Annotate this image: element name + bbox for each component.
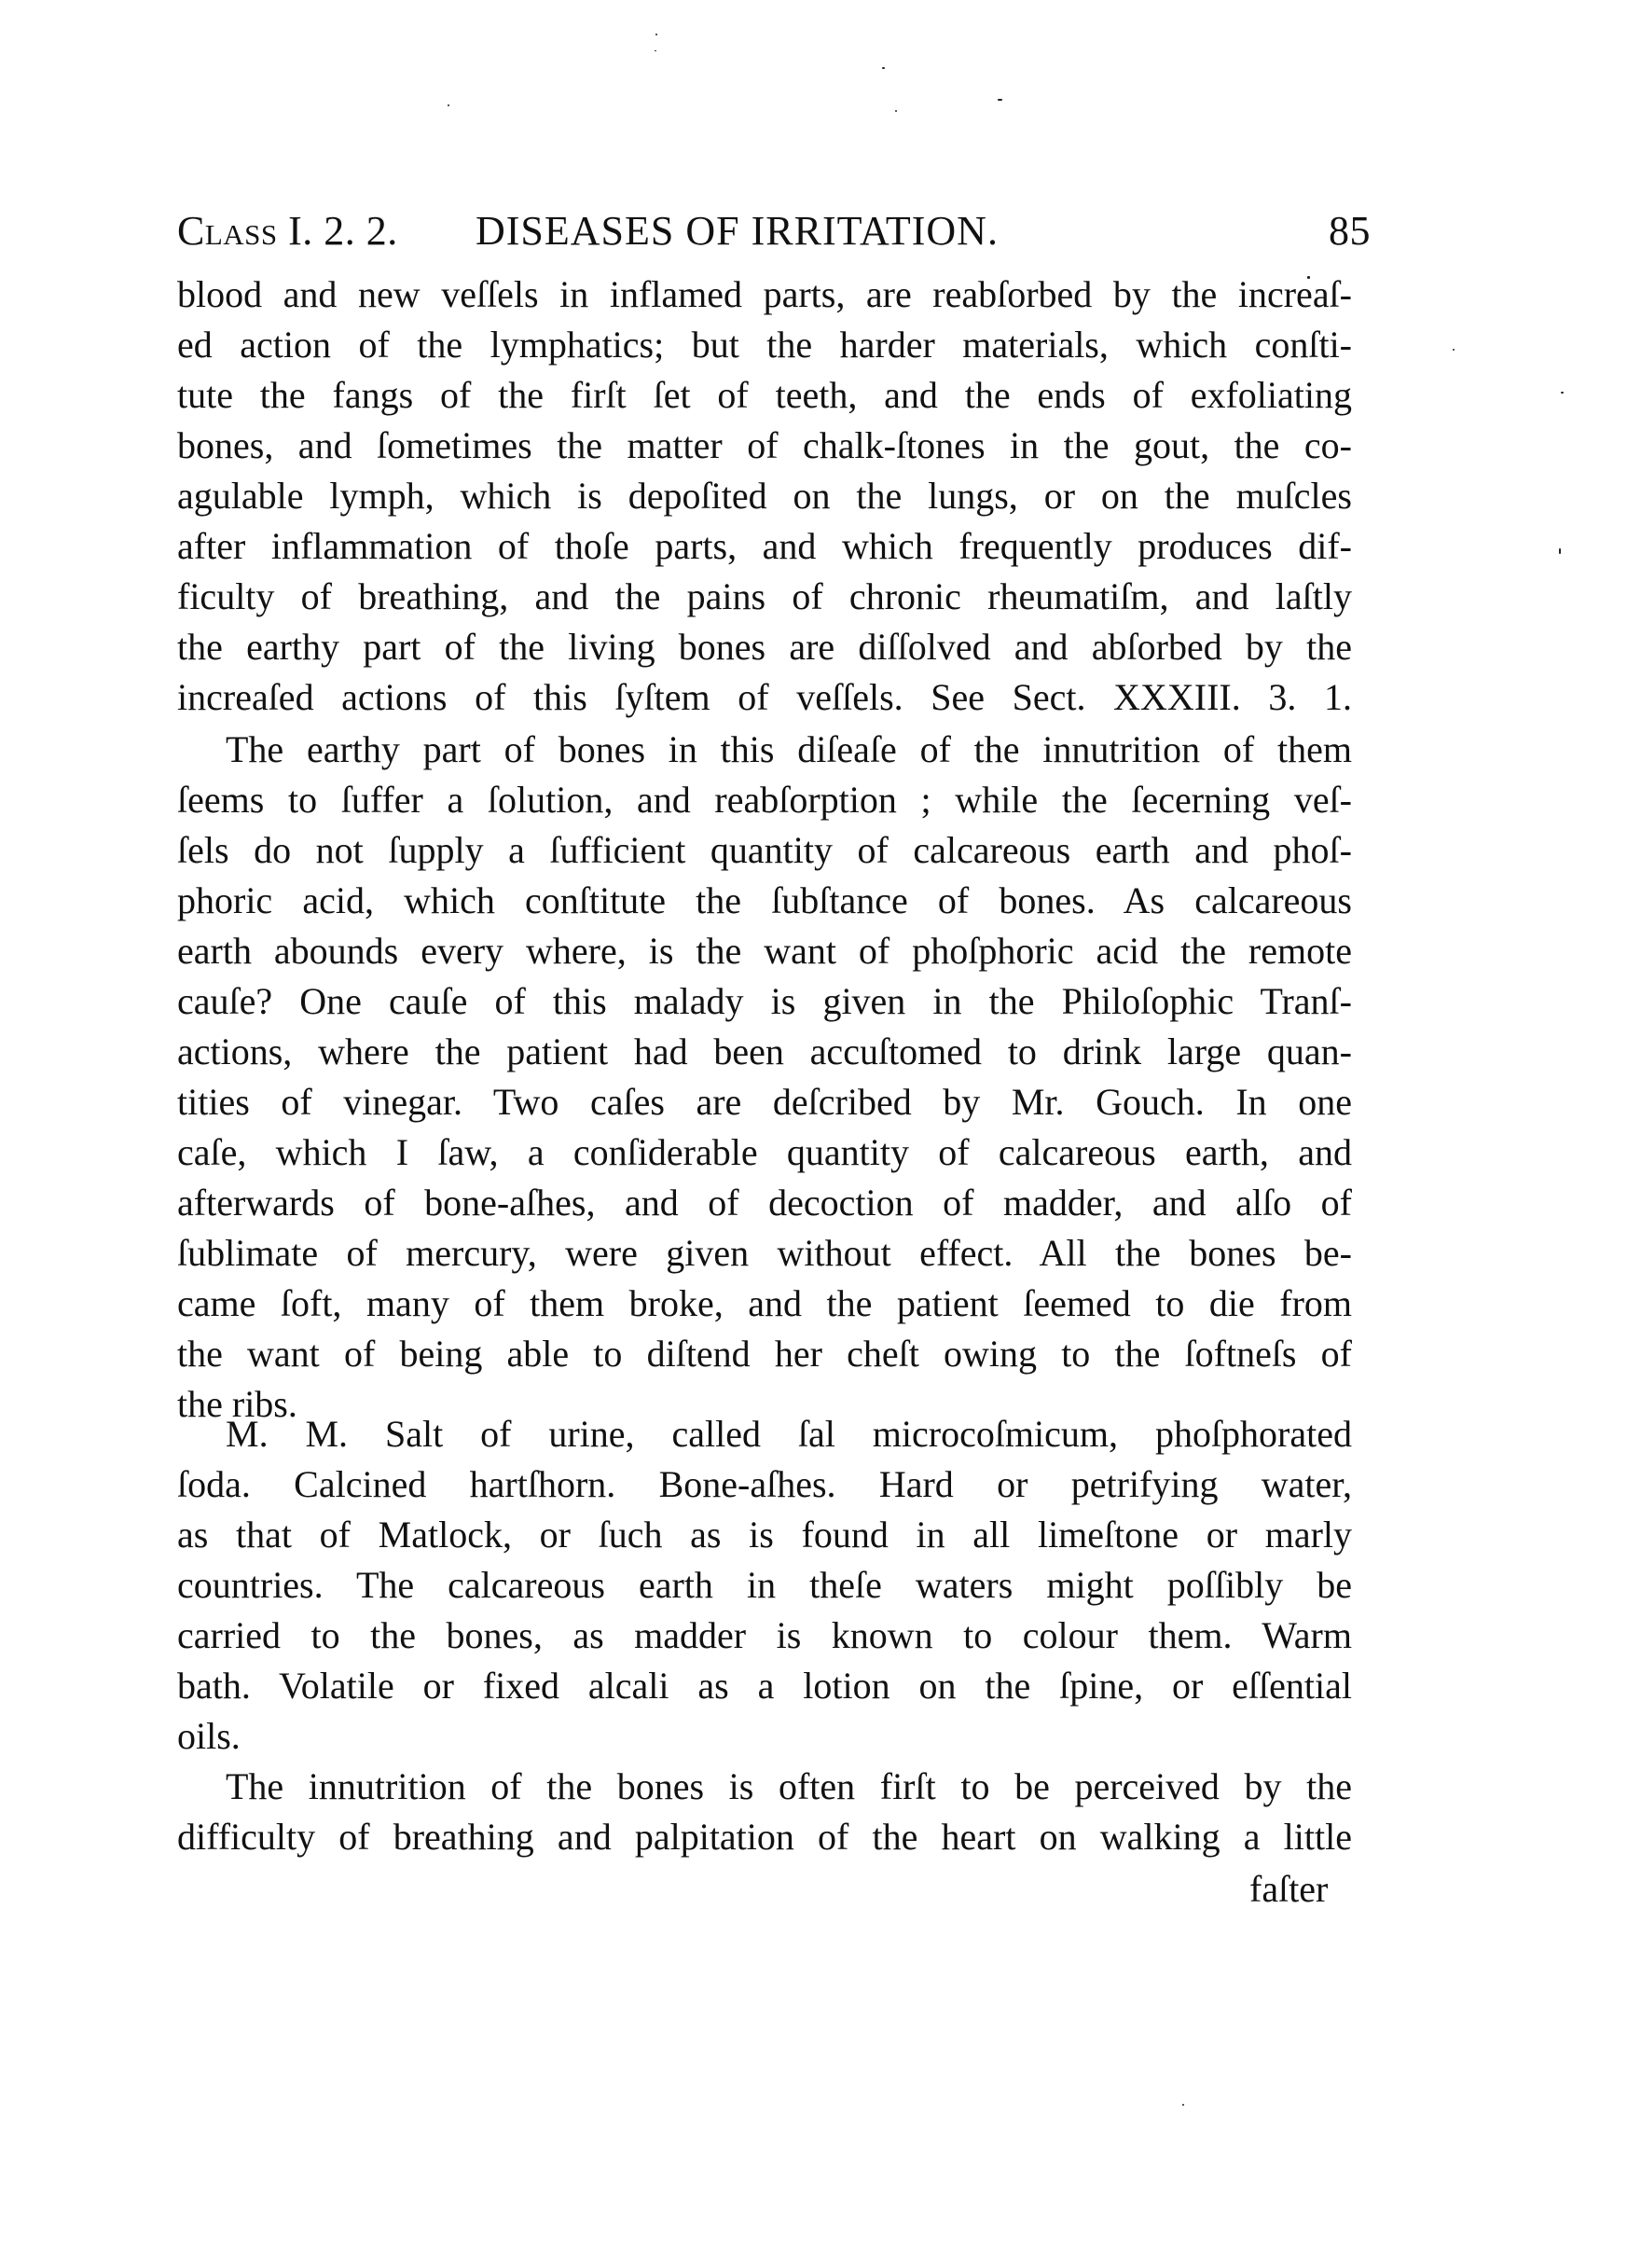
text-line: bath. Volatile or fixed alcali as a loti…: [177, 1662, 1352, 1710]
text-line: difficulty of breathing and palpitation …: [177, 1813, 1352, 1861]
text-line: M. M. Salt of urine, called ſal microcoſ…: [226, 1410, 1352, 1459]
text-line: caſe, which I ſaw, a conſiderable quanti…: [177, 1128, 1352, 1177]
text-line: ſeems to ſuffer a ſolution, and reabſorp…: [177, 776, 1352, 824]
text-line: earth abounds every where, is the want o…: [177, 927, 1352, 975]
text-line: bones, and ſometimes the matter of chalk…: [177, 422, 1352, 470]
text-line: cauſe? One cauſe of this malady is given…: [177, 977, 1352, 1026]
text-line: actions, where the patient had been accu…: [177, 1028, 1352, 1076]
text-line: ſoda. Calcined hartſhorn. Bone-aſhes. Ha…: [177, 1460, 1352, 1509]
text-line: afterwards of bone-aſhes, and of decocti…: [177, 1179, 1352, 1227]
text-line: ſels do not ſupply a ſufficient quantity…: [177, 826, 1352, 875]
scan-speck: [1307, 276, 1310, 279]
class-reference: Class I. 2. 2.: [177, 203, 398, 259]
text-line: phoric acid, which conſtitute the ſubſta…: [177, 877, 1352, 925]
scan-speck: [655, 50, 656, 51]
text-line: as that of Matlock, or ſuch as is found …: [177, 1511, 1352, 1559]
text-line: countries. The calcareous earth in theſe…: [177, 1561, 1352, 1610]
scan-speck: [1559, 548, 1561, 554]
scan-speck: [448, 104, 449, 106]
chapter-title: DISEASES OF IRRITATION.: [476, 203, 999, 259]
text-line: ed action of the lymphatics; but the har…: [177, 321, 1352, 369]
page-number: 85: [1329, 203, 1371, 259]
scan-speck: [1453, 349, 1455, 351]
text-line: ſublimate of mercury, were given without…: [177, 1229, 1352, 1278]
scan-speck: [655, 34, 657, 35]
text-line: blood and new veſſels in inflamed parts,…: [177, 270, 1352, 319]
text-line: tities of vinegar. Two caſes are deſcrib…: [177, 1078, 1352, 1127]
text-line: agulable lymph, which is depoſited on th…: [177, 472, 1352, 520]
running-head: Class I. 2. 2. DISEASES OF IRRITATION. 8…: [177, 203, 1371, 259]
catchword: faſter: [1249, 1865, 1328, 1914]
text-line: ficulty of breathing, and the pains of c…: [177, 573, 1352, 621]
text-line: oils.: [177, 1712, 1352, 1761]
text-line: increaſed actions of this ſyſtem of veſſ…: [177, 673, 1352, 722]
text-line: The earthy part of bones in this diſeaſe…: [226, 726, 1352, 774]
text-line: The innutrition of the bones is often fi…: [226, 1763, 1352, 1811]
scan-speck: [882, 67, 885, 69]
scan-speck: [1561, 392, 1564, 394]
text-line: the earthy part of the living bones are …: [177, 623, 1352, 671]
text-line: tute the fangs of the firſt ſet of teeth…: [177, 371, 1352, 420]
scan-speck: [998, 99, 1002, 101]
text-line: the want of being able to diſtend her ch…: [177, 1330, 1352, 1378]
text-line: carried to the bones, as madder is known…: [177, 1611, 1352, 1660]
scan-speck: [1182, 2104, 1184, 2106]
book-page: Class I. 2. 2. DISEASES OF IRRITATION. 8…: [0, 0, 1641, 2268]
scan-speck: [895, 110, 897, 112]
text-line: came ſoft, many of them broke, and the p…: [177, 1279, 1352, 1328]
text-line: after inflammation of thoſe parts, and w…: [177, 522, 1352, 571]
